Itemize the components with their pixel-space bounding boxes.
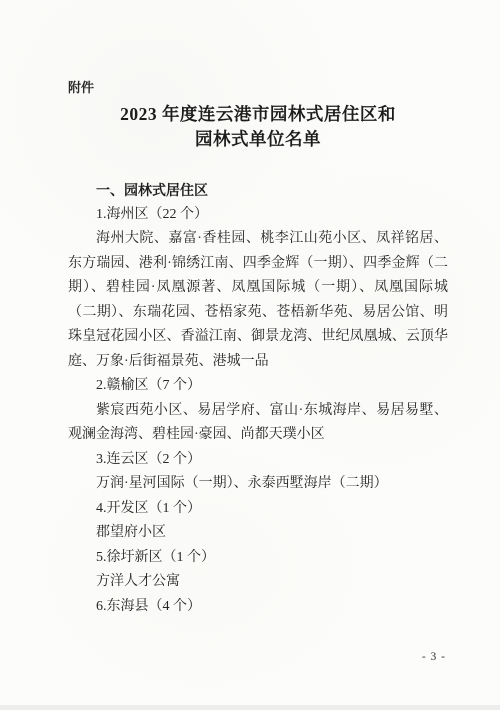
attachment-label: 附件 bbox=[68, 80, 448, 95]
district-heading-xuwei: 5.徐圩新区（1 个） bbox=[68, 546, 448, 571]
district-list-haizhou: 海州大院、嘉富·香桂园、桃李江山苑小区、凤祥铭居、东方瑞园、港利·锦绣江南、四季… bbox=[68, 227, 448, 374]
district-list-ganyu: 紫宸西苑小区、易居学府、富山·东城海岸、易居易墅、观澜金海湾、碧桂园·豪园、尚都… bbox=[68, 399, 448, 448]
page-number: - 3 - bbox=[422, 651, 446, 663]
district-heading-lianyun: 3.连云区（2 个） bbox=[68, 448, 448, 473]
title-line-2: 园林式单位名单 bbox=[68, 127, 448, 152]
district-list-xuwei: 方洋人才公寓 bbox=[68, 570, 448, 595]
district-list-lianyun: 万润·星河国际（一期）、永泰西墅海岸（二期） bbox=[68, 472, 448, 497]
district-heading-ganyu: 2.赣榆区（7 个） bbox=[68, 374, 448, 399]
district-heading-kaifaqu: 4.开发区（1 个） bbox=[68, 497, 448, 522]
document-title: 2023 年度连云港市园林式居住区和 园林式单位名单 bbox=[68, 102, 448, 152]
section-heading-garden-residences: 一、园林式居住区 bbox=[68, 178, 448, 203]
district-list-kaifaqu: 郡望府小区 bbox=[68, 521, 448, 546]
document-body: 一、园林式居住区 1.海州区（22 个） 海州大院、嘉富·香桂园、桃李江山苑小区… bbox=[68, 178, 448, 619]
title-line-1: 2023 年度连云港市园林式居住区和 bbox=[68, 102, 448, 127]
district-heading-haizhou: 1.海州区（22 个） bbox=[68, 203, 448, 228]
document-page: 附件 2023 年度连云港市园林式居住区和 园林式单位名单 一、园林式居住区 1… bbox=[0, 0, 500, 710]
district-heading-donghai: 6.东海县（4 个） bbox=[68, 595, 448, 620]
